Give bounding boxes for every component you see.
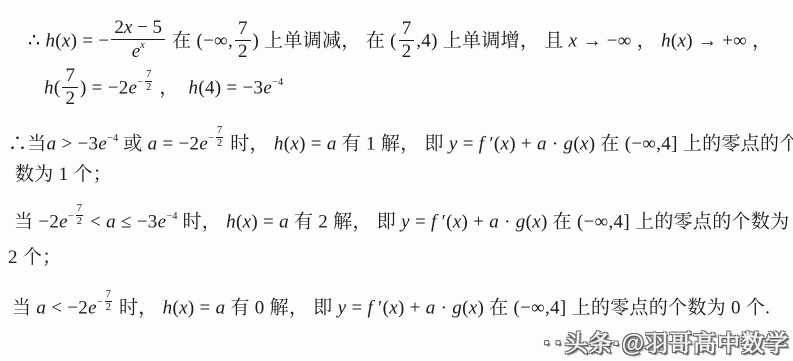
math-run: x [389, 298, 398, 319]
fraction-numerator: 2x − 5 [111, 18, 165, 40]
fraction: 2x − 5ex [109, 18, 167, 62]
math-run: 2 [65, 88, 75, 109]
fraction-denominator: 2 [216, 138, 223, 150]
math-run: ) = [299, 134, 327, 155]
math-run: = [346, 298, 367, 319]
math-run: ∴当 [8, 134, 47, 155]
math-run: e [263, 78, 272, 99]
math-run: 当 [12, 298, 36, 319]
math-run: x [532, 212, 541, 233]
math-run: x [179, 298, 188, 319]
math-run: 2 [77, 216, 82, 227]
math-run: y [401, 212, 410, 233]
math-run: 时， [114, 298, 163, 319]
math-run: a [327, 134, 337, 155]
math-run: e [132, 41, 140, 62]
document-page: ∴ h(x) = −2x − 5ex 在 (−∞,72) 上单调减， 在 (72… [0, 0, 793, 361]
math-run: x [678, 30, 687, 51]
math-run: a [47, 134, 57, 155]
fraction: 72 [397, 19, 417, 62]
math-run: ) 在 (−∞,4] 上的零点的个数为 0 个. [477, 298, 770, 319]
math-run: 7 [65, 65, 75, 86]
math-run: ′( [373, 298, 389, 319]
math-run: y [449, 134, 458, 155]
fraction: 72 [74, 204, 85, 228]
math-run: x [140, 40, 145, 51]
math-run: ) + [509, 134, 537, 155]
fraction-denominator: 2 [76, 216, 83, 228]
math-run: 2 [114, 17, 124, 38]
math-run: x [62, 30, 71, 51]
math-run: ) → +∞ ， [686, 30, 771, 51]
math-run: a [426, 298, 436, 319]
math-run: ≤ −3 [116, 212, 158, 233]
fraction-denominator: ex [111, 40, 165, 62]
math-run: (4) = −3 [198, 78, 263, 99]
math-run: = [458, 134, 479, 155]
math-run: = −2 [157, 134, 199, 155]
math-run: e [59, 212, 68, 233]
superscript: x [140, 41, 145, 52]
math-run: −4 [166, 211, 177, 222]
fraction-numerator: 7 [145, 70, 152, 82]
math-run: < [85, 212, 106, 233]
fraction-denominator: 2 [399, 41, 415, 62]
math-run: e [199, 134, 208, 155]
superscript: −72 [68, 204, 85, 228]
math-run: −4 [107, 133, 118, 144]
math-run: h [189, 78, 199, 99]
math-line-endpoint-values: h(72) = −2e−72 ， h(4) = −3e−4 [44, 66, 283, 109]
math-run: ′( [437, 212, 453, 233]
math-run: 在 (−∞, [167, 30, 233, 51]
math-run: e [88, 298, 97, 319]
math-run: < −2 [46, 298, 88, 319]
math-run: ， [154, 78, 188, 99]
math-run: x [290, 134, 299, 155]
fraction-denominator: 2 [145, 82, 152, 94]
math-run: h [44, 78, 54, 99]
math-run: a [216, 298, 226, 319]
fraction-numerator: 7 [62, 66, 78, 88]
math-run: ) + [462, 212, 490, 233]
fraction-numerator: 7 [216, 126, 223, 138]
fraction: 72 [214, 126, 225, 150]
math-run: a [148, 134, 158, 155]
fraction-numerator: 7 [235, 19, 251, 41]
fraction: 72 [143, 70, 154, 94]
math-run: 当 −2 [14, 212, 59, 233]
math-run: · [436, 298, 453, 319]
math-run: 2 [146, 82, 151, 93]
fraction-denominator: 2 [235, 41, 251, 62]
math-run: e [98, 134, 107, 155]
math-run: x [580, 134, 589, 155]
math-run: ( [54, 78, 61, 99]
math-run: a [537, 134, 547, 155]
math-run: −4 [272, 77, 283, 88]
superscript: −72 [97, 290, 114, 314]
math-run: ( [236, 212, 243, 233]
fraction-numerator: 7 [105, 290, 112, 302]
math-run: e [129, 78, 138, 99]
math-run: 时， [177, 212, 226, 233]
math-line-case-two-continued: 2 个； [8, 246, 61, 270]
math-run: 7 [402, 18, 412, 39]
math-run: h [45, 30, 55, 51]
math-run: 有 2 解， 即 [289, 212, 401, 233]
math-run: h [661, 30, 671, 51]
math-run: ( [55, 30, 62, 51]
math-run: 或 [118, 134, 147, 155]
math-run: a [279, 212, 289, 233]
math-run: a [36, 298, 46, 319]
math-run: ) = − [71, 30, 110, 51]
watermark-toutiao: ‥头条·@羽哥高中数学 [541, 325, 789, 358]
math-run: 有 1 解， 即 [337, 134, 449, 155]
math-run: = [410, 212, 431, 233]
math-run: 7 [217, 125, 222, 136]
fraction-numerator: 7 [399, 19, 415, 41]
math-run: ) = [188, 298, 216, 319]
fraction-denominator: 2 [105, 302, 112, 314]
math-run: 7 [106, 289, 111, 300]
math-run: 2 [238, 41, 248, 62]
math-run: 7 [77, 203, 82, 214]
math-run: ) 上单调减， 在 ( [253, 30, 397, 51]
math-run: a [106, 212, 116, 233]
fraction: 72 [60, 66, 80, 109]
math-run: 2 [402, 41, 412, 62]
math-run: 2 [217, 138, 222, 149]
math-run: g [564, 134, 574, 155]
math-run: ∴ [28, 30, 45, 51]
math-run: x [453, 212, 462, 233]
math-run: a [489, 212, 499, 233]
math-run: 2 [106, 302, 111, 313]
math-run: 2 个； [8, 247, 61, 268]
math-run: 7 [146, 69, 151, 80]
fraction: 72 [103, 290, 114, 314]
math-run: ( [671, 30, 678, 51]
fraction-denominator: 2 [62, 88, 78, 109]
math-line-case-zero-solutions: 当 a < −2e−72 时， h(x) = a 有 0 解， 即 y = f … [12, 290, 770, 320]
math-run: ) = −2 [80, 78, 129, 99]
fraction-numerator: 7 [76, 204, 83, 216]
math-run: 数为 1 个； [15, 164, 112, 185]
math-run: 时， [225, 134, 274, 155]
math-run: h [274, 134, 284, 155]
math-line-case-one-continued: 数为 1 个； [15, 163, 112, 187]
math-run: e [158, 212, 167, 233]
math-run: g [516, 212, 526, 233]
math-run: ) 在 (−∞,4] 上的零点的个数为 [541, 212, 789, 233]
math-run: ′( [484, 134, 500, 155]
math-run: h [163, 298, 173, 319]
fraction: 72 [233, 19, 253, 62]
superscript: −72 [137, 70, 154, 94]
math-run: ) 在 (−∞,4] 上的零点的个 [589, 134, 793, 155]
math-run: g [452, 298, 462, 319]
math-run: ( [462, 298, 469, 319]
math-run: ) = [251, 212, 279, 233]
math-run: > −3 [56, 134, 98, 155]
superscript: −72 [208, 126, 225, 150]
math-run: − 5 [132, 17, 162, 38]
math-run: 有 0 解， 即 [225, 298, 337, 319]
math-run: · [499, 212, 516, 233]
math-run: ) + [398, 298, 426, 319]
math-line-monotonicity: ∴ h(x) = −2x − 5ex 在 (−∞,72) 上单调减， 在 (72… [28, 18, 772, 62]
math-run: ,4) 上单调增， 且 [416, 30, 568, 51]
math-run: · [547, 134, 564, 155]
math-line-case-one-solution: ∴当a > −3e−4 或 a = −2e−72 时， h(x) = a 有 1… [8, 126, 793, 156]
superscript: −4 [272, 76, 283, 89]
math-run: ( [573, 134, 580, 155]
math-line-case-two-solutions: 当 −2e−72 < a ≤ −3e−4 时， h(x) = a 有 2 解， … [14, 204, 789, 234]
math-run: → −∞ ， [577, 30, 661, 51]
superscript: −4 [107, 132, 118, 145]
math-run: h [226, 212, 236, 233]
math-run: 7 [238, 18, 248, 39]
math-run: x [501, 134, 510, 155]
superscript: −4 [166, 210, 177, 223]
